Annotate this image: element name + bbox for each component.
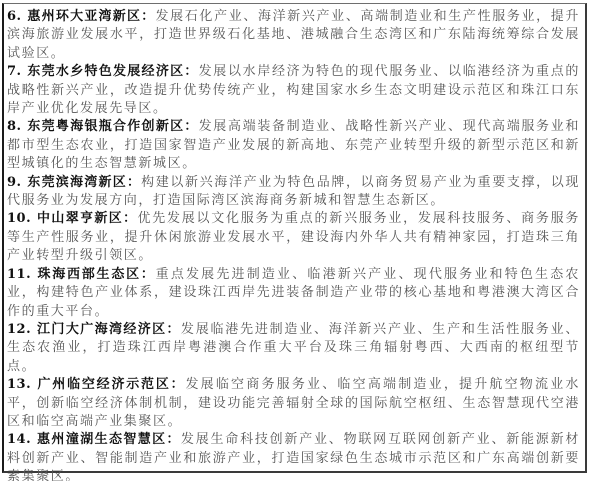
entry-number: 8.: [7, 119, 22, 134]
entry-number: 12.: [7, 322, 31, 337]
entry-11: 11. 珠海西部生态区：重点发展先进制造业、临港新兴产业、现代服务业和特色生态农…: [7, 266, 580, 321]
entry-13: 13. 广州临空经济示范区：发展临空商务服务业、临空高端制造业，提升航空物流业水…: [7, 376, 580, 431]
entry-title: 东莞粤海银瓶合作创新区：: [27, 119, 198, 134]
entry-number: 11.: [7, 267, 31, 282]
entry-number: 13.: [7, 377, 31, 392]
entry-title: 惠州环大亚湾新区：: [27, 9, 155, 24]
entry-8: 8. 东莞粤海银瓶合作创新区：发展高端装备制造业、战略性新兴产业、现代高端服务业…: [7, 118, 580, 173]
entry-12: 12. 江门大广海湾经济区：发展临港先进制造业、海洋新兴产业、生产和生活性服务业…: [7, 321, 580, 376]
entry-10: 10. 中山翠亨新区：优先发展以文化服务为重点的新兴服务业，发展科技服务、商务服…: [7, 210, 580, 265]
document-content: 6. 惠州环大亚湾新区：发展石化产业、海洋新兴产业、高端制造业和生产性服务业，提…: [7, 8, 580, 481]
entry-number: 6.: [7, 9, 22, 24]
entry-number: 7.: [7, 64, 22, 79]
entry-title: 江门大广海湾经济区：: [37, 322, 181, 337]
entry-6: 6. 惠州环大亚湾新区：发展石化产业、海洋新兴产业、高端制造业和生产性服务业，提…: [7, 8, 580, 63]
entry-number: 9.: [7, 175, 22, 190]
entry-number: 14.: [7, 432, 31, 447]
entry-title: 中山翠亨新区：: [37, 211, 137, 226]
entry-number: 10.: [7, 211, 31, 226]
entry-title: 广州临空经济示范区：: [37, 377, 185, 392]
entry-title: 东莞滨海湾新区：: [27, 175, 141, 190]
entry-title: 惠州潼湖生态智慧区：: [37, 432, 181, 447]
entry-title: 东莞水乡特色发展经济区：: [27, 64, 198, 79]
entry-9: 9. 东莞滨海湾新区：构建以新兴海洋产业为特色品牌，以商务贸易产业为重要支撑，以…: [7, 174, 580, 211]
entry-title: 珠海西部生态区：: [37, 267, 155, 282]
entry-14: 14. 惠州潼湖生态智慧区：发展生命科技创新产业、物联网互联网创新产业、新能源新…: [7, 431, 580, 481]
entry-7: 7. 东莞水乡特色发展经济区：发展以水岸经济为特色的现代服务业、以临港经济为重点…: [7, 63, 580, 118]
